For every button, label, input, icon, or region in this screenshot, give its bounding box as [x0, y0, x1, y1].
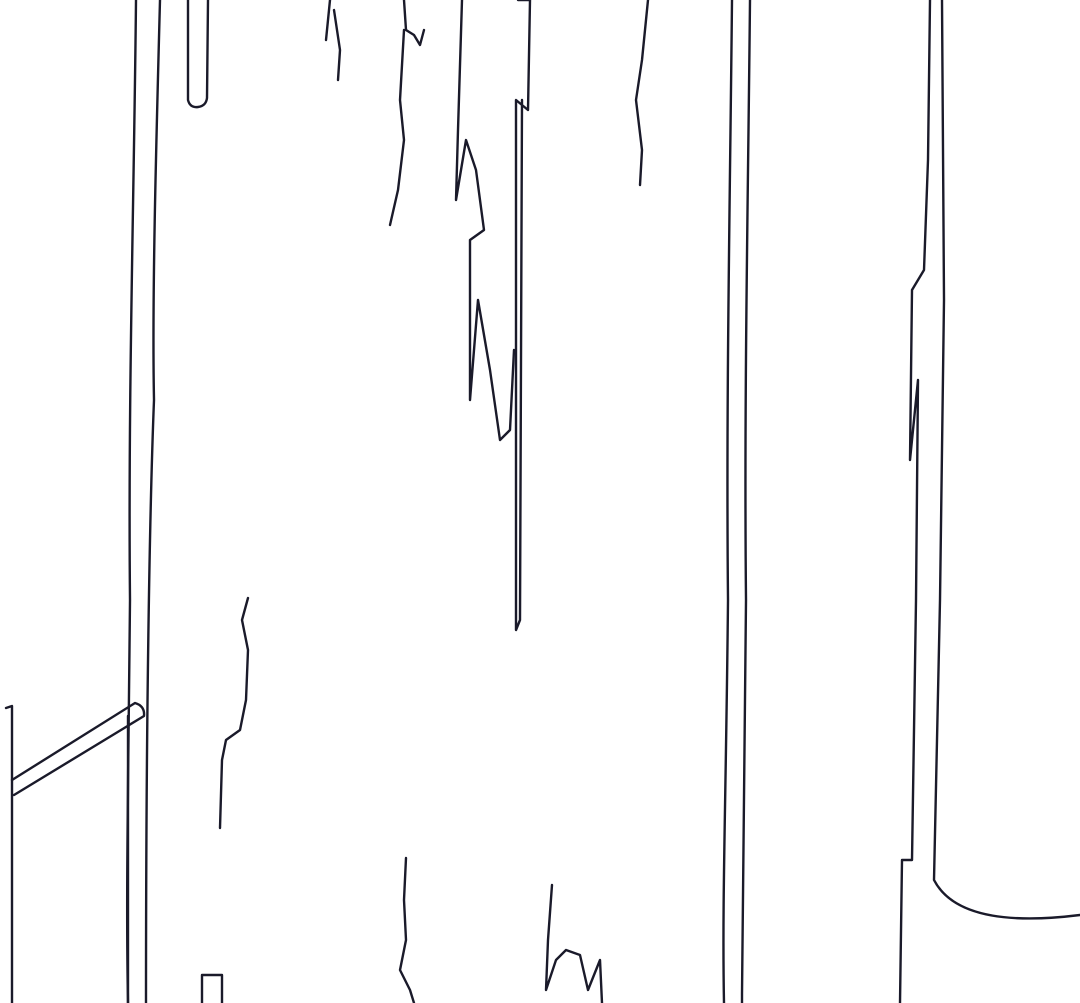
squiggle-1 [326, 0, 340, 80]
squiggle-6 [220, 598, 248, 828]
squiggle-3 [456, 0, 514, 440]
capsule-top [188, 0, 208, 107]
squiggle-4 [516, 0, 530, 630]
trunk-left-inner [146, 0, 160, 1003]
squiggle-7 [400, 858, 414, 1003]
trunk-far-right-b [934, 0, 1080, 918]
trunk-right-a [723, 0, 732, 1003]
drawing-strokes [6, 0, 1080, 1003]
rail-top [12, 703, 144, 795]
box-bottom [202, 975, 222, 1003]
trunk-right-b [742, 0, 750, 1003]
squiggle-5 [636, 0, 648, 185]
trunk-far-right-a [900, 0, 930, 1003]
edge-drawing-svg [0, 0, 1080, 1003]
line-drawing [0, 0, 1080, 1003]
rail-left-post [6, 706, 12, 1003]
squiggle-8 [546, 885, 602, 1003]
squiggle-2 [390, 0, 424, 225]
